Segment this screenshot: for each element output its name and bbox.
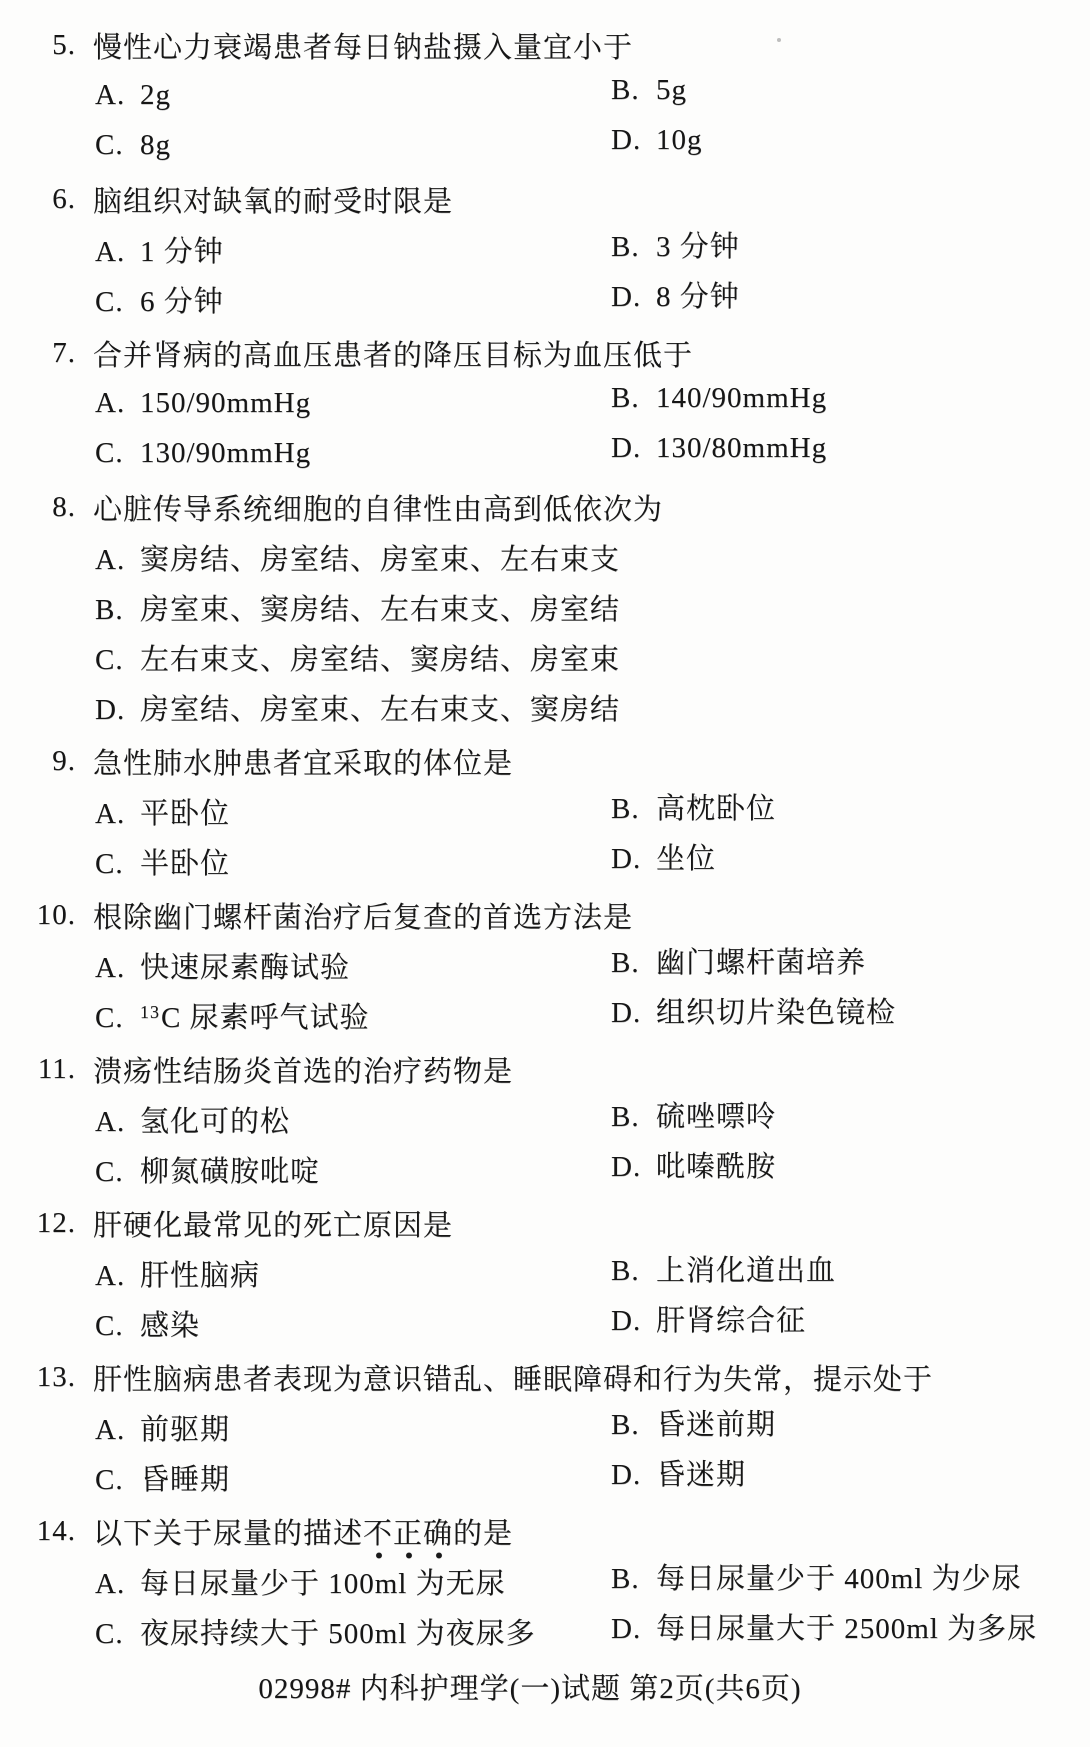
question-number: 6. xyxy=(0,183,76,216)
option-letter: B. xyxy=(611,793,656,826)
option-letter: B. xyxy=(611,1101,656,1134)
question-item: 7.合并肾病的高血压患者的降压目标为血压低于A.150/90mmHgB.140/… xyxy=(0,328,1090,478)
question-line: 7.合并肾病的高血压患者的降压目标为血压低于 xyxy=(0,328,1090,378)
option-row: C.8gD.10g xyxy=(0,120,1090,170)
option-letter: D. xyxy=(611,1613,656,1646)
question-number: 13. xyxy=(0,1361,76,1394)
option-letter: C. xyxy=(95,1310,140,1343)
option-text: 每日尿量大于 2500ml 为多尿 xyxy=(656,1606,1037,1647)
question-number: 7. xyxy=(0,337,76,370)
option-row: A.2gB.5g xyxy=(0,70,1090,120)
question-number: 10. xyxy=(0,899,76,932)
option-text: 5g xyxy=(656,74,687,107)
option-letter: B. xyxy=(611,947,656,980)
answer-option: B.昏迷前期 xyxy=(611,1402,776,1443)
question-item: 10.根除幽门螺杆菌治疗后复查的首选方法是A.快速尿素酶试验B.幽门螺杆菌培养C… xyxy=(0,890,1090,1040)
option-text: 肝性脑病 xyxy=(140,1253,260,1294)
answer-option: D.昏迷期 xyxy=(611,1452,746,1493)
answer-option: A.平卧位 xyxy=(95,791,611,832)
option-row: C.13C 尿素呼气试验D.组织切片染色镜检 xyxy=(0,990,1090,1040)
question-item: 12.肝硬化最常见的死亡原因是A.肝性脑病B.上消化道出血C.感染D.肝肾综合征 xyxy=(0,1198,1090,1348)
option-letter: A. xyxy=(95,236,140,269)
answer-option: A.快速尿素酶试验 xyxy=(95,945,611,986)
option-row: A.氢化可的松B.硫唑嘌呤 xyxy=(0,1094,1090,1144)
option-text: 13C 尿素呼气试验 xyxy=(140,995,370,1036)
question-item: 11.溃疡性结肠炎首选的治疗药物是A.氢化可的松B.硫唑嘌呤C.柳氮磺胺吡啶D.… xyxy=(0,1044,1090,1194)
stem-text-pre: 以下关于尿量的描述 xyxy=(93,1518,363,1550)
scan-speck xyxy=(693,796,697,800)
option-letter: B. xyxy=(611,1563,656,1596)
option-text: 1 分钟 xyxy=(140,229,224,270)
option-letter: A. xyxy=(95,1106,140,1139)
option-text: 8 分钟 xyxy=(656,274,740,315)
option-letter: A. xyxy=(95,544,140,577)
option-text-body: C 尿素呼气试验 xyxy=(161,1002,370,1034)
option-row: A.每日尿量少于 100ml 为无尿B.每日尿量少于 400ml 为少尿 xyxy=(0,1556,1090,1606)
question-item: 5.慢性心力衰竭患者每日钠盐摄入量宜小于A.2gB.5gC.8gD.10g xyxy=(0,20,1090,170)
option-row: C.左右束支、房室结、窦房结、房室束 xyxy=(0,632,1090,682)
answer-option: D.肝肾综合征 xyxy=(611,1298,806,1339)
option-text: 每日尿量少于 400ml 为少尿 xyxy=(656,1556,1022,1597)
question-item: 14.以下关于尿量的描述不正确的是A.每日尿量少于 100ml 为无尿B.每日尿… xyxy=(0,1506,1090,1656)
option-text: 每日尿量少于 100ml 为无尿 xyxy=(140,1561,506,1602)
answer-option: D.10g xyxy=(611,124,703,157)
option-row: D.房室结、房室束、左右束支、窦房结 xyxy=(0,682,1090,732)
option-letter: C. xyxy=(95,129,140,162)
option-row: A.1 分钟B.3 分钟 xyxy=(0,224,1090,274)
answer-option: A.1 分钟 xyxy=(95,229,611,270)
option-text: 吡嗪酰胺 xyxy=(656,1144,776,1185)
option-letter: A. xyxy=(95,387,140,420)
option-text: 3 分钟 xyxy=(656,224,740,265)
option-text: 幽门螺杆菌培养 xyxy=(656,940,866,981)
option-row: C.6 分钟D.8 分钟 xyxy=(0,274,1090,324)
question-item: 6.脑组织对缺氧的耐受时限是A.1 分钟B.3 分钟C.6 分钟D.8 分钟 xyxy=(0,174,1090,324)
option-row: A.肝性脑病B.上消化道出血 xyxy=(0,1248,1090,1298)
question-stem: 合并肾病的高血压患者的降压目标为血压低于 xyxy=(93,333,693,374)
option-letter: B. xyxy=(611,74,656,107)
question-item: 8.心脏传导系统细胞的自律性由高到低依次为A.窦房结、房室结、房室束、左右束支B… xyxy=(0,482,1090,732)
option-letter: A. xyxy=(95,1568,140,1601)
option-text: 房室结、房室束、左右束支、窦房结 xyxy=(140,687,620,728)
answer-option: A.肝性脑病 xyxy=(95,1253,611,1294)
answer-option: B.5g xyxy=(611,74,687,107)
option-row: C.昏睡期D.昏迷期 xyxy=(0,1452,1090,1502)
stem-text-post: 的是 xyxy=(453,1518,513,1550)
option-letter: C. xyxy=(95,437,140,470)
answer-option: B.幽门螺杆菌培养 xyxy=(611,940,866,981)
answer-option: D.每日尿量大于 2500ml 为多尿 xyxy=(611,1606,1037,1647)
question-line: 6.脑组织对缺氧的耐受时限是 xyxy=(0,174,1090,224)
option-row: A.快速尿素酶试验B.幽门螺杆菌培养 xyxy=(0,940,1090,990)
option-text: 硫唑嘌呤 xyxy=(656,1094,776,1135)
answer-option: C.6 分钟 xyxy=(95,279,611,320)
answer-option: D.8 分钟 xyxy=(611,274,740,315)
option-text: 昏睡期 xyxy=(140,1457,230,1498)
option-letter: B. xyxy=(95,594,140,627)
answer-option: B.140/90mmHg xyxy=(611,382,827,415)
option-letter: B. xyxy=(611,1255,656,1288)
option-text: 6 分钟 xyxy=(140,279,224,320)
option-letter: D. xyxy=(95,694,140,727)
option-row: C.130/90mmHgD.130/80mmHg xyxy=(0,428,1090,478)
question-line: 13.肝性脑病患者表现为意识错乱、睡眠障碍和行为失常，提示处于 xyxy=(0,1352,1090,1402)
answer-option: B.房室束、窦房结、左右束支、房室结 xyxy=(95,587,620,628)
option-text: 窦房结、房室结、房室束、左右束支 xyxy=(140,537,620,578)
question-stem: 肝硬化最常见的死亡原因是 xyxy=(93,1203,453,1244)
option-letter: A. xyxy=(95,79,140,112)
option-text: 150/90mmHg xyxy=(140,387,311,420)
option-row: C.夜尿持续大于 500ml 为夜尿多D.每日尿量大于 2500ml 为多尿 xyxy=(0,1606,1090,1656)
answer-option: B.上消化道出血 xyxy=(611,1248,836,1289)
option-text: 快速尿素酶试验 xyxy=(140,945,350,986)
question-stem: 急性肺水肿患者宜采取的体位是 xyxy=(93,741,513,782)
option-text: 平卧位 xyxy=(140,791,230,832)
answer-option: D.组织切片染色镜检 xyxy=(611,990,896,1031)
question-line: 8.心脏传导系统细胞的自律性由高到低依次为 xyxy=(0,482,1090,532)
question-stem: 以下关于尿量的描述不正确的是 xyxy=(93,1511,513,1552)
answer-option: C.柳氮磺胺吡啶 xyxy=(95,1149,611,1190)
option-row: A.150/90mmHgB.140/90mmHg xyxy=(0,378,1090,428)
question-number: 14. xyxy=(0,1515,76,1548)
answer-option: A.氢化可的松 xyxy=(95,1099,611,1140)
question-stem: 肝性脑病患者表现为意识错乱、睡眠障碍和行为失常，提示处于 xyxy=(93,1357,933,1398)
answer-option: A.150/90mmHg xyxy=(95,387,611,420)
option-letter: D. xyxy=(611,281,656,314)
option-row: C.感染D.肝肾综合征 xyxy=(0,1298,1090,1348)
answer-option: C.夜尿持续大于 500ml 为夜尿多 xyxy=(95,1611,611,1652)
answer-option: C.130/90mmHg xyxy=(95,437,611,470)
question-line: 10.根除幽门螺杆菌治疗后复查的首选方法是 xyxy=(0,890,1090,940)
answer-option: A.前驱期 xyxy=(95,1407,611,1448)
answer-option: A.每日尿量少于 100ml 为无尿 xyxy=(95,1561,611,1602)
option-text: 氢化可的松 xyxy=(140,1099,290,1140)
stem-emphasized-text: 不正确 xyxy=(363,1518,453,1560)
option-letter: B. xyxy=(611,231,656,264)
answer-option: C.左右束支、房室结、窦房结、房室束 xyxy=(95,637,620,678)
page-footer: 02998# 内科护理学(一)试题 第2页(共6页) xyxy=(0,1666,1075,1707)
option-letter: C. xyxy=(95,286,140,319)
option-text: 肝肾综合征 xyxy=(656,1298,806,1339)
exam-page: 5.慢性心力衰竭患者每日钠盐摄入量宜小于A.2gB.5gC.8gD.10g6.脑… xyxy=(0,0,1090,1747)
option-letter: D. xyxy=(611,997,656,1030)
option-text: 140/90mmHg xyxy=(656,382,827,415)
option-text: 房室束、窦房结、左右束支、房室结 xyxy=(140,587,620,628)
answer-option: B.每日尿量少于 400ml 为少尿 xyxy=(611,1556,1022,1597)
option-text: 8g xyxy=(140,129,171,162)
option-letter: A. xyxy=(95,1414,140,1447)
answer-option: C.8g xyxy=(95,129,611,162)
answer-option: C.13C 尿素呼气试验 xyxy=(95,995,611,1036)
option-text: 夜尿持续大于 500ml 为夜尿多 xyxy=(140,1611,536,1652)
option-text: 昏迷期 xyxy=(656,1452,746,1493)
option-text: 高枕卧位 xyxy=(656,786,776,827)
question-number: 11. xyxy=(0,1053,76,1086)
option-row: A.平卧位B.高枕卧位 xyxy=(0,786,1090,836)
answer-option: A.2g xyxy=(95,79,611,112)
option-letter: D. xyxy=(611,1459,656,1492)
question-stem: 心脏传导系统细胞的自律性由高到低依次为 xyxy=(93,487,663,528)
option-letter: C. xyxy=(95,1618,140,1651)
question-stem: 慢性心力衰竭患者每日钠盐摄入量宜小于 xyxy=(93,25,633,66)
answer-option: D.坐位 xyxy=(611,836,716,877)
question-number: 9. xyxy=(0,745,76,778)
option-row: A.窦房结、房室结、房室束、左右束支 xyxy=(0,532,1090,582)
isotope-superscript: 13 xyxy=(140,1002,160,1022)
answer-option: A.窦房结、房室结、房室束、左右束支 xyxy=(95,537,620,578)
answer-option: D.房室结、房室束、左右束支、窦房结 xyxy=(95,687,620,728)
question-line: 5.慢性心力衰竭患者每日钠盐摄入量宜小于 xyxy=(0,20,1090,70)
question-line: 14.以下关于尿量的描述不正确的是 xyxy=(0,1506,1090,1556)
option-text: 组织切片染色镜检 xyxy=(656,990,896,1031)
option-text: 前驱期 xyxy=(140,1407,230,1448)
option-text: 坐位 xyxy=(656,836,716,877)
question-number: 5. xyxy=(0,29,76,62)
option-text: 上消化道出血 xyxy=(656,1248,836,1289)
option-letter: C. xyxy=(95,1002,140,1035)
option-letter: A. xyxy=(95,798,140,831)
option-text: 130/90mmHg xyxy=(140,437,311,470)
question-item: 13.肝性脑病患者表现为意识错乱、睡眠障碍和行为失常，提示处于A.前驱期B.昏迷… xyxy=(0,1352,1090,1502)
scan-speck xyxy=(777,38,781,42)
question-stem: 脑组织对缺氧的耐受时限是 xyxy=(93,179,453,220)
option-text: 半卧位 xyxy=(140,841,230,882)
option-letter: D. xyxy=(611,843,656,876)
option-letter: D. xyxy=(611,432,656,465)
option-letter: C. xyxy=(95,1156,140,1189)
option-text: 130/80mmHg xyxy=(656,432,827,465)
option-letter: A. xyxy=(95,1260,140,1293)
option-letter: D. xyxy=(611,1151,656,1184)
question-item: 9.急性肺水肿患者宜采取的体位是A.平卧位B.高枕卧位C.半卧位D.坐位 xyxy=(0,736,1090,886)
answer-option: C.半卧位 xyxy=(95,841,611,882)
option-letter: B. xyxy=(611,382,656,415)
question-line: 11.溃疡性结肠炎首选的治疗药物是 xyxy=(0,1044,1090,1094)
answer-option: C.昏睡期 xyxy=(95,1457,611,1498)
answer-option: C.感染 xyxy=(95,1303,611,1344)
option-row: A.前驱期B.昏迷前期 xyxy=(0,1402,1090,1452)
question-stem: 根除幽门螺杆菌治疗后复查的首选方法是 xyxy=(93,895,633,936)
option-letter: D. xyxy=(611,1305,656,1338)
option-text: 左右束支、房室结、窦房结、房室束 xyxy=(140,637,620,678)
answer-option: D.吡嗪酰胺 xyxy=(611,1144,776,1185)
option-row: B.房室束、窦房结、左右束支、房室结 xyxy=(0,582,1090,632)
answer-option: D.130/80mmHg xyxy=(611,432,827,465)
option-row: C.柳氮磺胺吡啶D.吡嗪酰胺 xyxy=(0,1144,1090,1194)
option-letter: C. xyxy=(95,1464,140,1497)
option-letter: C. xyxy=(95,644,140,677)
option-letter: C. xyxy=(95,848,140,881)
answer-option: B.硫唑嘌呤 xyxy=(611,1094,776,1135)
answer-option: B.3 分钟 xyxy=(611,224,740,265)
question-line: 9.急性肺水肿患者宜采取的体位是 xyxy=(0,736,1090,786)
question-number: 8. xyxy=(0,491,76,524)
option-letter: B. xyxy=(611,1409,656,1442)
option-text: 柳氮磺胺吡啶 xyxy=(140,1149,320,1190)
question-stem: 溃疡性结肠炎首选的治疗药物是 xyxy=(93,1049,513,1090)
option-text: 10g xyxy=(656,124,703,157)
question-number: 12. xyxy=(0,1207,76,1240)
option-letter: A. xyxy=(95,952,140,985)
question-line: 12.肝硬化最常见的死亡原因是 xyxy=(0,1198,1090,1248)
option-text: 感染 xyxy=(140,1303,200,1344)
option-text: 2g xyxy=(140,79,171,112)
option-letter: D. xyxy=(611,124,656,157)
option-row: C.半卧位D.坐位 xyxy=(0,836,1090,886)
answer-option: B.高枕卧位 xyxy=(611,786,776,827)
question-list: 5.慢性心力衰竭患者每日钠盐摄入量宜小于A.2gB.5gC.8gD.10g6.脑… xyxy=(0,20,1090,1656)
option-text: 昏迷前期 xyxy=(656,1402,776,1443)
